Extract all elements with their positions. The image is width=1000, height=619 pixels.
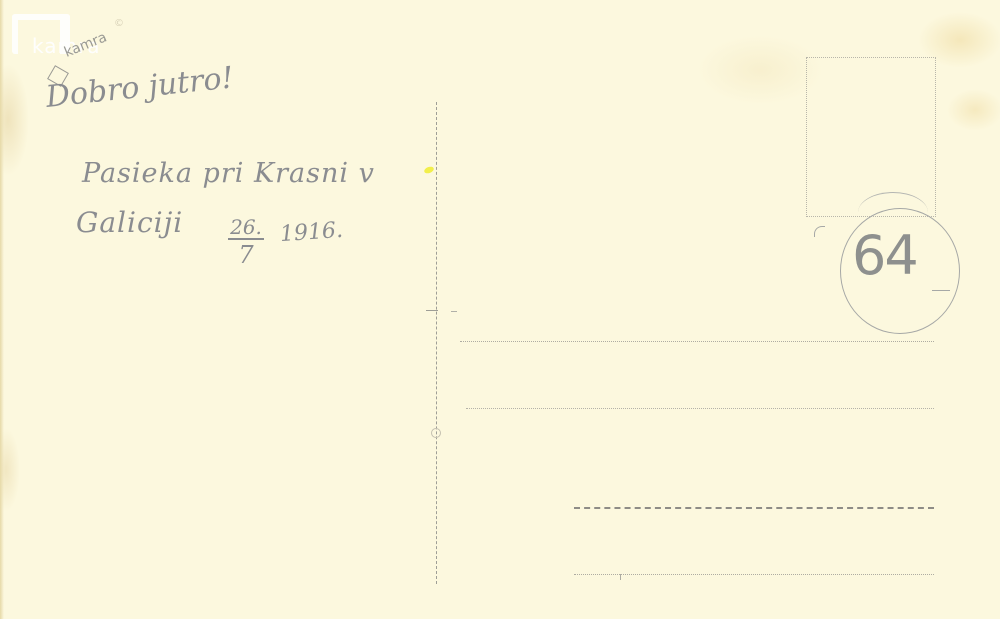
address-line-4: [574, 574, 934, 575]
center-divider-line: [436, 102, 437, 584]
archive-number: 64: [852, 224, 917, 287]
pencil-tick-stroke: [814, 226, 825, 237]
yellow-stain: [423, 165, 434, 174]
divider-tick-mark-small: [451, 311, 457, 312]
watermark-logo: kamra kamra ©: [10, 8, 120, 83]
postcard-back: kamra kamra © Dobro jutro! Pasieka pri K…: [0, 0, 1000, 619]
divider-circle-mark: [431, 428, 441, 438]
address-line-2: [466, 408, 934, 409]
paper-edge: [0, 0, 4, 619]
message-line-2: Galiciji: [76, 206, 183, 239]
date-fraction: 26. 7: [228, 216, 264, 270]
date-year: 1916.: [279, 218, 344, 247]
address-line-tick: [620, 574, 621, 580]
address-line-3: [574, 507, 934, 509]
pencil-underline: [932, 290, 950, 291]
message-line-1: Pasieka pri Krasni v: [82, 158, 375, 189]
date-day: 26.: [228, 216, 264, 240]
copyright-icon: ©: [114, 18, 124, 29]
address-line-1: [460, 341, 934, 342]
stamp-placeholder-box: [806, 57, 936, 217]
divider-tick-mark: [426, 310, 438, 311]
date-month: 7: [228, 240, 264, 270]
